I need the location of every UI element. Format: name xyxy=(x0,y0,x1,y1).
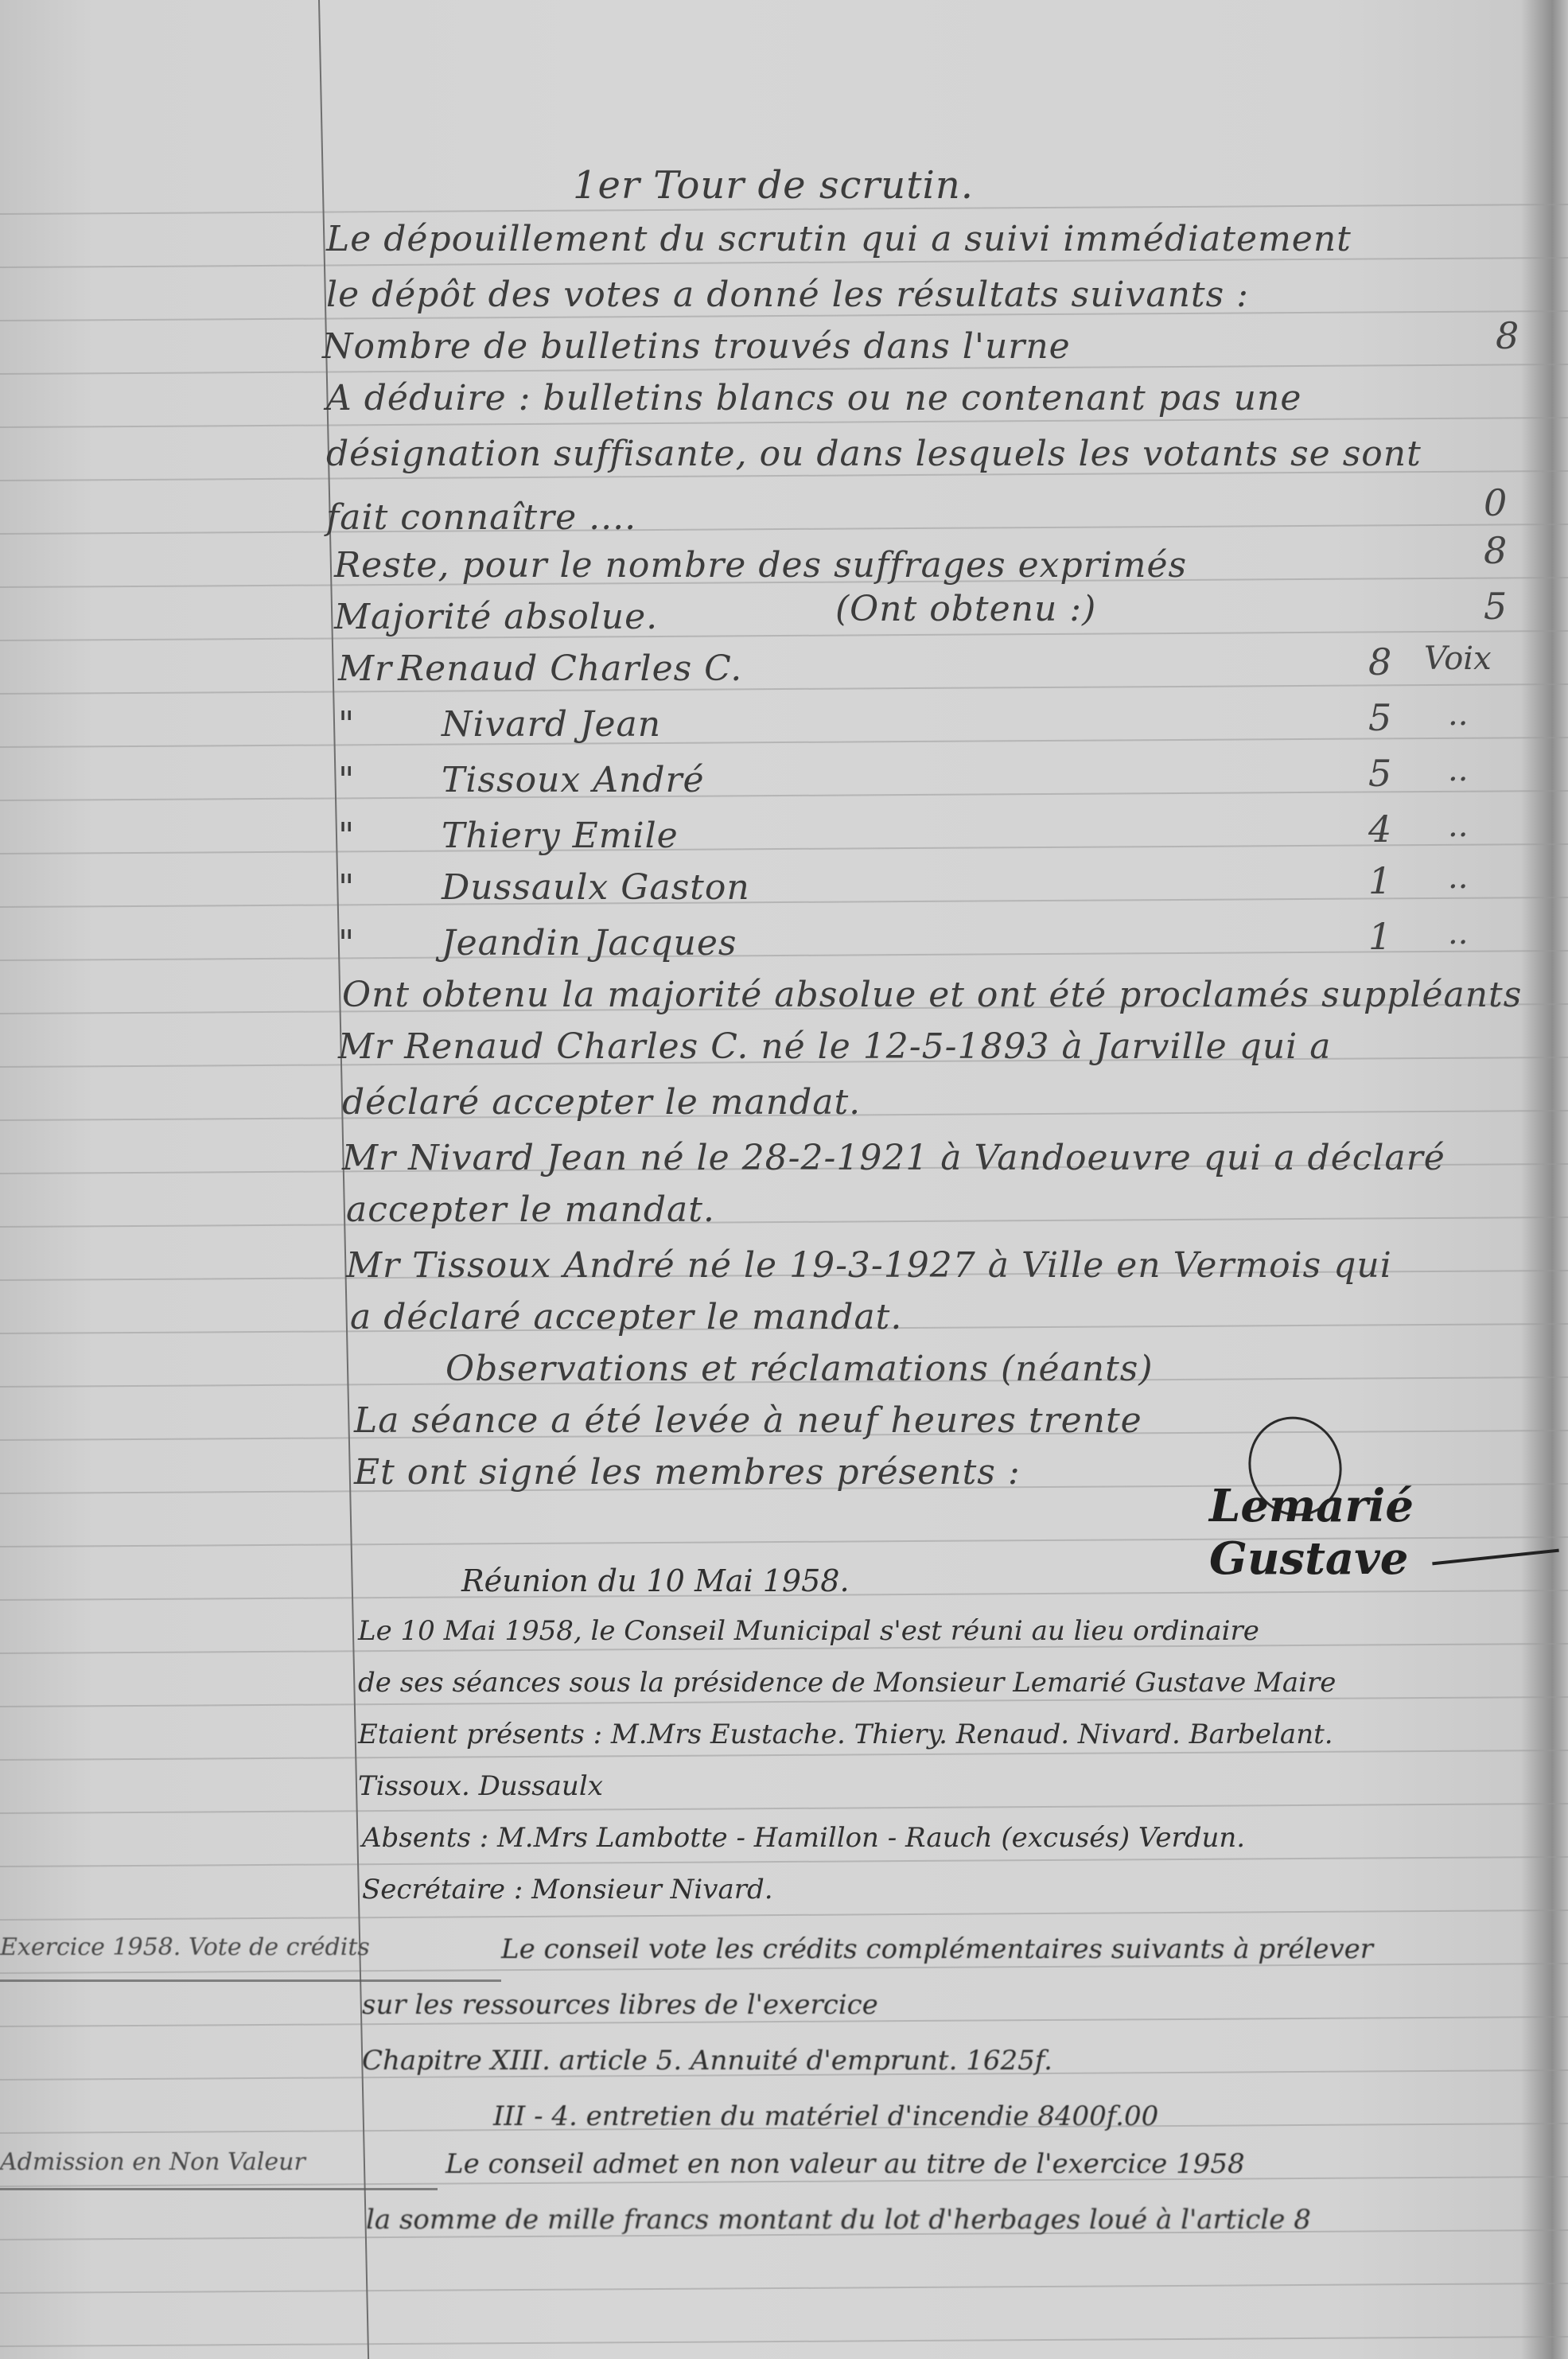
candidate-votes: 1 xyxy=(1368,859,1391,902)
register-page: 1er Tour de scrutin. Le dépouillement du… xyxy=(0,0,1568,2359)
intro-line: le dépôt des votes a donné les résultats… xyxy=(326,274,1249,315)
tally-label: Majorité absolue. xyxy=(334,597,658,637)
item-line: sur les ressources libres de l'exercice xyxy=(362,1989,878,2021)
observations: Observations et réclamations (néants) xyxy=(445,1349,1154,1389)
margin-underline xyxy=(0,1979,501,1982)
proclamation-line: accepter le mandat. xyxy=(346,1189,715,1230)
candidate-votes: 4 xyxy=(1368,808,1391,851)
minutes-line: Secrétaire : Monsieur Nivard. xyxy=(362,1874,773,1905)
tally-value: 0 xyxy=(1484,481,1507,524)
candidate-prefix: " xyxy=(338,816,355,856)
ruled-line xyxy=(0,1750,1568,1761)
item-line: la somme de mille francs montant du lot … xyxy=(366,2204,1311,2236)
ruled-line xyxy=(0,2283,1568,2294)
tally-value: 8 xyxy=(1496,314,1519,357)
intro-line: Le dépouillement du scrutin qui a suivi … xyxy=(326,219,1352,259)
item-line: Le conseil admet en non valeur au titre … xyxy=(445,2148,1245,2180)
candidate-prefix: " xyxy=(338,760,355,800)
candidate-name: Renaud Charles C. xyxy=(398,648,742,689)
candidate-prefix: " xyxy=(338,704,355,745)
candidate-votes: 1 xyxy=(1368,915,1391,958)
item-line: Chapitre XIII. article 5. Annuité d'empr… xyxy=(362,2045,1052,2077)
item-line: III - 4. entretien du matériel d'incendi… xyxy=(493,2100,1158,2132)
ruled-line xyxy=(0,2336,1568,2347)
ruled-line xyxy=(0,1856,1568,1867)
tally-label: A déduire : bulletins blancs ou ne conte… xyxy=(326,378,1301,418)
candidate-name: Tissoux André xyxy=(442,760,705,800)
candidate-votes-unit: Voix xyxy=(1424,640,1492,677)
minutes-line: Absents : M.Mrs Lambotte - Hamillon - Ra… xyxy=(362,1822,1245,1854)
ruled-line xyxy=(0,1216,1568,1228)
ruled-line xyxy=(0,790,1568,801)
proclamation-line: Mr Nivard Jean né le 28-2-1921 à Vandoeu… xyxy=(342,1138,1445,1178)
margin-note: Exercice 1958. Vote de crédits xyxy=(0,1933,370,1961)
section1-title: 1er Tour de scrutin. xyxy=(573,163,974,208)
candidate-prefix: " xyxy=(338,923,355,963)
candidate-name: Nivard Jean xyxy=(442,704,661,745)
minutes-line: de ses séances sous la présidence de Mon… xyxy=(358,1667,1336,1699)
candidate-votes-unit: .. xyxy=(1448,752,1468,788)
tally-note: (Ont obtenu :) xyxy=(835,589,1096,629)
margin-note: Admission en Non Valeur xyxy=(0,2148,305,2176)
candidate-votes: 5 xyxy=(1368,752,1391,795)
minutes-line: Tissoux. Dussaulx xyxy=(358,1770,603,1802)
tally-label: Nombre de bulletins trouvés dans l'urne xyxy=(322,326,1071,367)
candidate-name: Thiery Emile xyxy=(442,816,679,856)
candidate-name: Dussaulx Gaston xyxy=(442,867,750,908)
candidate-votes-unit: .. xyxy=(1448,915,1468,952)
tally-label: fait connaître .... xyxy=(326,497,636,538)
candidate-votes: 8 xyxy=(1368,640,1391,683)
proclamation-line: Ont obtenu la majorité absolue et ont ét… xyxy=(342,975,1522,1015)
closing-line: Et ont signé les membres présents : xyxy=(354,1452,1021,1493)
ruled-line xyxy=(0,630,1568,641)
candidate-prefix: " xyxy=(338,867,355,908)
candidate-votes-unit: .. xyxy=(1448,859,1468,896)
tally-label: désignation suffisante, ou dans lesquels… xyxy=(326,434,1422,474)
ruled-line xyxy=(0,683,1568,695)
candidate-votes-unit: .. xyxy=(1448,808,1468,844)
proclamation-line: a déclaré accepter le mandat. xyxy=(350,1297,902,1337)
tally-value: 8 xyxy=(1484,529,1507,572)
ruled-line xyxy=(0,524,1568,535)
ruled-line xyxy=(0,843,1568,854)
ruled-line xyxy=(0,1803,1568,1814)
minutes-line: Le 10 Mai 1958, le Conseil Municipal s'e… xyxy=(358,1615,1259,1647)
ruled-line xyxy=(0,950,1568,961)
proclamation-line: Mr Renaud Charles C. né le 12-5-1893 à J… xyxy=(338,1026,1331,1067)
ruled-line xyxy=(0,1909,1568,1921)
ruled-line xyxy=(0,897,1568,908)
tally-label: Reste, pour le nombre des suffrages expr… xyxy=(334,545,1187,586)
candidate-votes: 5 xyxy=(1368,696,1391,739)
mayor-signature: Lemarié Gustave xyxy=(1209,1480,1568,1585)
proclamation-line: Mr Tissoux André né le 19-3-1927 à Ville… xyxy=(346,1245,1392,1286)
ruled-line xyxy=(0,417,1568,428)
tally-value: 5 xyxy=(1484,585,1507,628)
candidate-prefix: Mr xyxy=(338,648,392,689)
minutes-line: Etaient présents : M.Mrs Eustache. Thier… xyxy=(358,1719,1333,1750)
closing-line: La séance a été levée à neuf heures tren… xyxy=(354,1400,1142,1441)
ruled-line xyxy=(0,737,1568,748)
section2-title: Réunion du 10 Mai 1958. xyxy=(461,1563,850,1598)
candidate-votes-unit: .. xyxy=(1448,696,1468,733)
margin-underline xyxy=(0,2188,438,2190)
proclamation-line: déclaré accepter le mandat. xyxy=(342,1082,861,1123)
item-line: Le conseil vote les crédits complémentai… xyxy=(501,1933,1373,1965)
candidate-name: Jeandin Jacques xyxy=(442,923,737,963)
